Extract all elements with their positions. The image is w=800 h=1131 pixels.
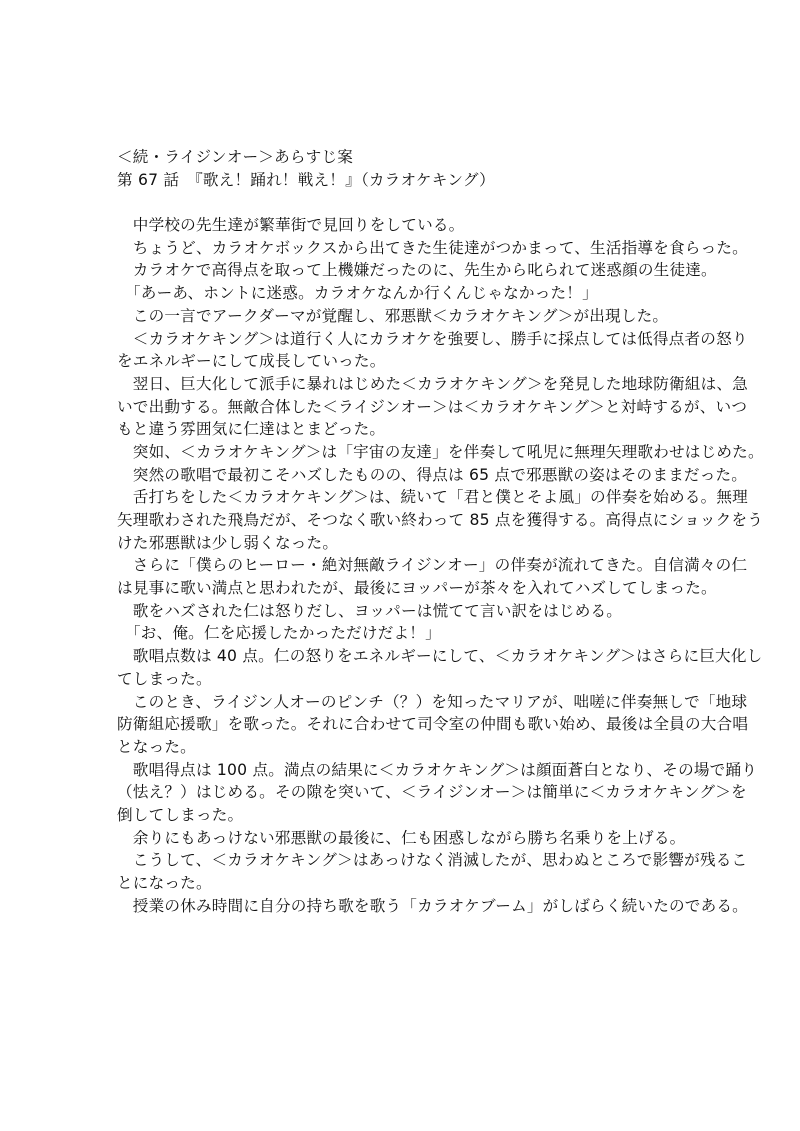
body-line: 歌をハズされた仁は怒りだし、ヨッパーは慌てて言い訳をはじめる。 — [117, 600, 683, 623]
body-line: ちょうど、カラオケボックスから出てきた生徒達がつかまって、生活指導を食らった。 — [117, 237, 683, 260]
body-line: 歌唱得点は 100 点。満点の結果に＜カラオケキング＞は顔面蒼白となり、その場で… — [117, 759, 683, 782]
synopsis-body: 中学校の先生達が繁華街で見回りをしている。 ちょうど、カラオケボックスから出てき… — [117, 214, 683, 917]
body-line: 「お、俺。仁を応援したかっただけだよ！」 — [117, 622, 683, 645]
episode-heading: 第 67 話 『歌え！踊れ！戦え！』（カラオケキング） — [117, 169, 683, 192]
body-line: 翌日、巨大化して派手に暴れはじめた＜カラオケキング＞を発見した地球防衛組は、急 — [117, 373, 683, 396]
body-line: 「あーあ、ホントに迷惑。カラオケなんか行くんじゃなかった！」 — [117, 282, 683, 305]
body-line: もと違う雰囲気に仁達はとまどった。 — [117, 418, 683, 441]
document-page: ＜続・ライジンオー＞あらすじ案 第 67 話 『歌え！踊れ！戦え！』（カラオケキ… — [117, 146, 683, 917]
body-line: 歌唱点数は 40 点。仁の怒りをエネルギーにして、＜カラオケキング＞はさらに巨大… — [117, 645, 683, 668]
blank-line — [117, 191, 683, 214]
body-line: さらに「僕らのヒーロー・絶対無敵ライジンオー」の伴奏が流れてきた。自信満々の仁 — [117, 554, 683, 577]
body-line: 突如、＜カラオケキング＞は「宇宙の友達」を伴奏して吼児に無理矢理歌わせはじめた。 — [117, 441, 683, 464]
body-line: てしまった。 — [117, 668, 683, 691]
body-line: この一言でアークダーマが覚醒し、邪悪獣＜カラオケキング＞が出現した。 — [117, 305, 683, 328]
body-line: となった。 — [117, 736, 683, 759]
body-line: は見事に歌い満点と思われたが、最後にヨッパーが茶々を入れてハズしてしまった。 — [117, 577, 683, 600]
body-line: （怯え？）はじめる。その隙を突いて、＜ライジンオー＞は簡単に＜カラオケキング＞を — [117, 781, 683, 804]
body-line: いで出動する。無敵合体した＜ライジンオー＞は＜カラオケキング＞と対峙するが、いつ — [117, 396, 683, 419]
body-line: 舌打ちをした＜カラオケキング＞は、続いて「君と僕とそよ風」の伴奏を始める。無理 — [117, 486, 683, 509]
body-line: カラオケで高得点を取って上機嫌だったのに、先生から叱られて迷惑顔の生徒達。 — [117, 259, 683, 282]
body-line: 授業の休み時間に自分の持ち歌を歌う「カラオケブーム」がしばらく続いたのである。 — [117, 895, 683, 918]
body-line: 突然の歌唱で最初こそハズしたものの、得点は 65 点で邪悪獣の姿はそのままだった… — [117, 464, 683, 487]
body-line: けた邪悪獣は少し弱くなった。 — [117, 532, 683, 555]
body-line: とになった。 — [117, 872, 683, 895]
body-line: こうして、＜カラオケキング＞はあっけなく消滅したが、思わぬところで影響が残るこ — [117, 849, 683, 872]
body-line: 余りにもあっけない邪悪獣の最後に、仁も困惑しながら勝ち名乗りを上げる。 — [117, 827, 683, 850]
body-line: をエネルギーにして成長していった。 — [117, 350, 683, 373]
body-line: 防衛組応援歌」を歌った。それに合わせて司令室の仲間も歌い始め、最後は全員の大合唱 — [117, 713, 683, 736]
body-line: 矢理歌わされた飛鳥だが、そつなく歌い終わって 85 点を獲得する。高得点にショッ… — [117, 509, 683, 532]
body-line: ＜カラオケキング＞は道行く人にカラオケを強要し、勝手に採点しては低得点者の怒り — [117, 328, 683, 351]
document-title: ＜続・ライジンオー＞あらすじ案 — [117, 146, 683, 169]
body-line: このとき、ライジン人オーのピンチ（？）を知ったマリアが、咄嗟に伴奏無しで「地球 — [117, 691, 683, 714]
body-line: 中学校の先生達が繁華街で見回りをしている。 — [117, 214, 683, 237]
body-line: 倒してしまった。 — [117, 804, 683, 827]
